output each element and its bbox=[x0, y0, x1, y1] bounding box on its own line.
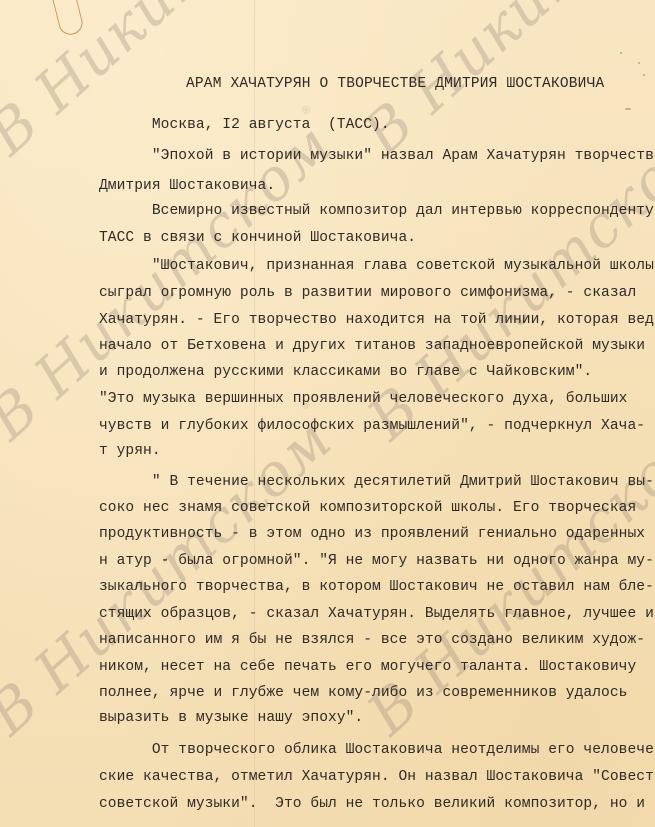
text-line: советской музыки". Это был не только вел… bbox=[99, 796, 645, 812]
text-line: Всемирно известный композитор дал интерв… bbox=[99, 203, 654, 219]
text-line: ником, несет на себе печать его могучего… bbox=[99, 659, 636, 675]
text-line: соко нес знамя советской композиторской … bbox=[99, 500, 636, 516]
text-line: "Шостакович, признанная глава советской … bbox=[99, 258, 655, 274]
text-line: " В течение нескольких десятилетий Дмитр… bbox=[99, 474, 654, 490]
text-line: начало от Бетховена и других титанов зап… bbox=[99, 338, 645, 354]
paper-speck bbox=[625, 108, 631, 110]
text-line: сыграл огромную роль в развитии мирового… bbox=[99, 285, 636, 301]
text-line: т урян. bbox=[99, 443, 161, 459]
text-line: ТАСС в связи с кончиной Шостаковича. bbox=[99, 230, 416, 246]
text-line: написанного им я бы не взялся - все это … bbox=[99, 632, 645, 648]
text-line: стящих образцов, - сказал Хачатурян. Выд… bbox=[99, 606, 655, 622]
paperclip-stain bbox=[51, 0, 85, 37]
text-line: зыкального творчества, в котором Шостако… bbox=[99, 579, 654, 595]
text-line: "Эпохой в истории музыки" назвал Арам Ха… bbox=[99, 148, 655, 164]
text-line: чувств и глубоких философских размышлени… bbox=[99, 418, 645, 434]
text-line: выразить в музыке нашу эпоху". bbox=[99, 710, 363, 726]
paper-speck bbox=[643, 74, 645, 76]
text-line: продуктивность - в этом одно из проявлен… bbox=[99, 526, 645, 542]
text-line: Дмитрия Шостаковича. bbox=[99, 178, 275, 194]
text-line: н атур - была огромной". "Я не могу назв… bbox=[99, 553, 654, 569]
text-line: От творческого облика Шостаковича неотде… bbox=[99, 742, 655, 758]
paper-speck bbox=[638, 62, 640, 64]
text-line: Москва, I2 августа (ТАСС). bbox=[99, 117, 390, 133]
document-title: АРАМ ХАЧАТУРЯН О ТВОРЧЕСТВЕ ДМИТРИЯ ШОСТ… bbox=[186, 76, 604, 92]
paper-speck bbox=[620, 52, 622, 54]
watermark-registered-mark: ® bbox=[299, 103, 315, 119]
text-line: ские качества, отметил Хачатурян. Он наз… bbox=[99, 769, 655, 785]
text-line: "Это музыка вершинных проявлений человеч… bbox=[99, 391, 627, 407]
text-line: Хачатурян. - Его творчество находится на… bbox=[99, 312, 655, 328]
text-line: полнее, ярче и глубже чем кому-либо из с… bbox=[99, 685, 627, 701]
typewritten-page: В Никитском® В Никитском® В Никитском® В… bbox=[0, 0, 655, 827]
text-line: и продолжена русскими классиками во глав… bbox=[99, 364, 592, 380]
